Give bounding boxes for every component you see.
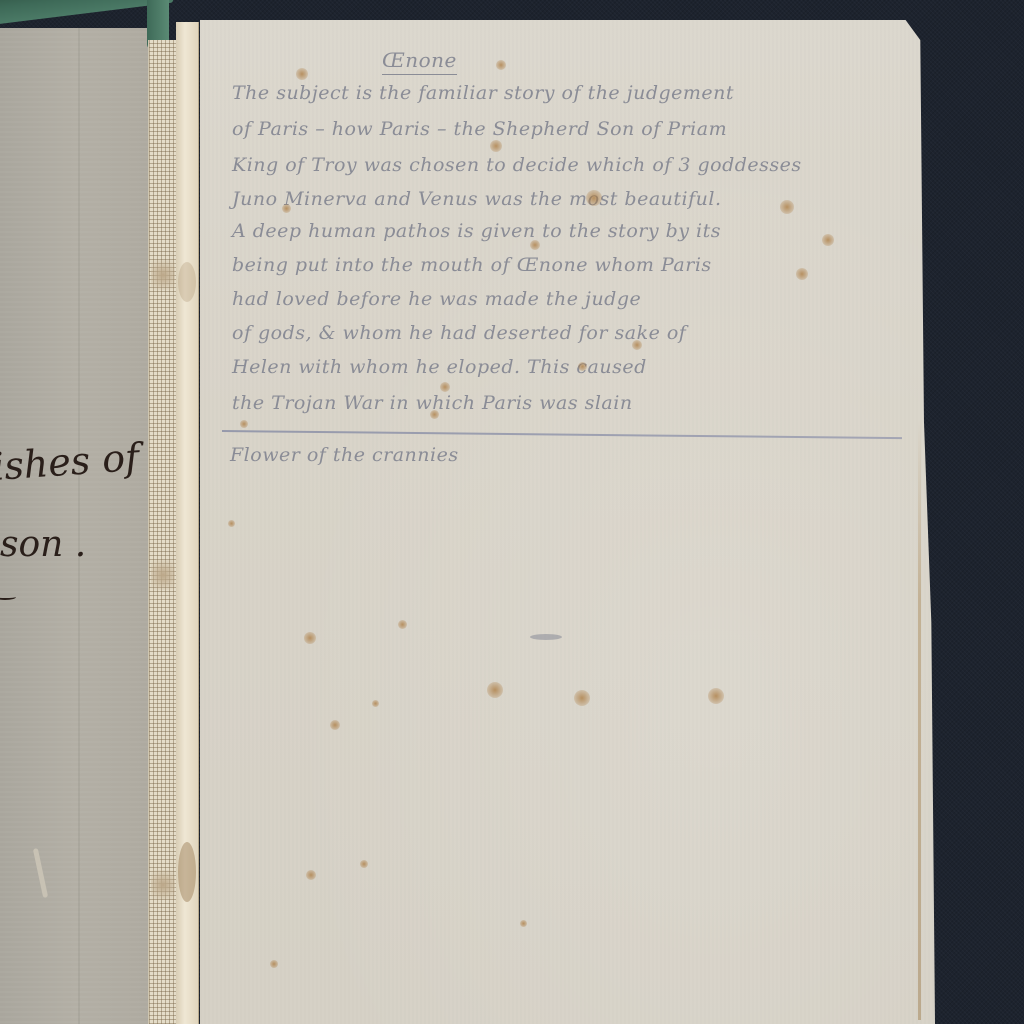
left-pastedown-page: ishes of son . (0, 28, 150, 1024)
foxing-spot (228, 520, 235, 527)
left-ink-fragment-2: son . (0, 524, 86, 565)
foxing-spot (578, 362, 587, 371)
pencil-divider-line (222, 430, 902, 439)
thread-knot (151, 560, 175, 590)
foxing-spot (708, 688, 724, 704)
foxing-spot (360, 860, 368, 868)
binding-mesh (148, 40, 177, 1024)
note-line-5: A deep human pathos is given to the stor… (232, 220, 721, 242)
foxing-spot (304, 632, 316, 644)
left-ink-fragment-1: ishes of (0, 435, 140, 489)
foxing-spot (530, 240, 540, 250)
foxing-spot (632, 340, 642, 350)
book-photo: ishes of son . Œnone The subject is the … (0, 0, 1024, 1024)
foxing-spot (398, 620, 407, 629)
foxing-spot (822, 234, 834, 246)
foxing-spot (496, 60, 506, 70)
note-line-8: of gods, & whom he had deserted for sake… (232, 322, 686, 344)
foxing-spot (487, 682, 503, 698)
note-line-4: Juno Minerva and Venus was the most beau… (232, 188, 722, 210)
foxing-spot (240, 420, 248, 428)
foxing-spot (372, 700, 379, 707)
foxing-spot (306, 870, 316, 880)
foxing-spot (270, 960, 278, 968)
foxing-spot (520, 920, 527, 927)
note-line-7: had loved before he was made the judge (232, 288, 641, 310)
foxing-spot (796, 268, 808, 280)
next-poem-heading: Flower of the crannies (230, 444, 459, 466)
hinge-stain (178, 842, 196, 902)
hinge-stain (178, 262, 196, 302)
thread-knot (151, 260, 175, 290)
foxing-spot (430, 410, 439, 419)
foxing-spot (440, 382, 450, 392)
note-title: Œnone (382, 48, 457, 75)
foxing-spot (490, 140, 502, 152)
foxing-spot (586, 190, 602, 206)
note-line-3: King of Troy was chosen to decide which … (232, 154, 802, 176)
foxing-spot (574, 690, 590, 706)
spine-hinge-strip (176, 22, 199, 1024)
foxing-spot (330, 720, 340, 730)
pale-mark (33, 848, 48, 898)
pencil-smudge (530, 634, 562, 640)
ink-flourish (0, 594, 16, 600)
endpaper-page: Œnone The subject is the familiar story … (200, 20, 935, 1024)
foxing-spot (296, 68, 308, 80)
page-edge-browning (918, 420, 921, 1020)
note-line-1: The subject is the familiar story of the… (232, 82, 734, 104)
note-line-6: being put into the mouth of Œnone whom P… (232, 254, 712, 276)
thread-knot (151, 870, 175, 900)
note-line-2: of Paris – how Paris – the Shepherd Son … (232, 118, 727, 140)
foxing-spot (780, 200, 794, 214)
foxing-spot (282, 204, 291, 213)
